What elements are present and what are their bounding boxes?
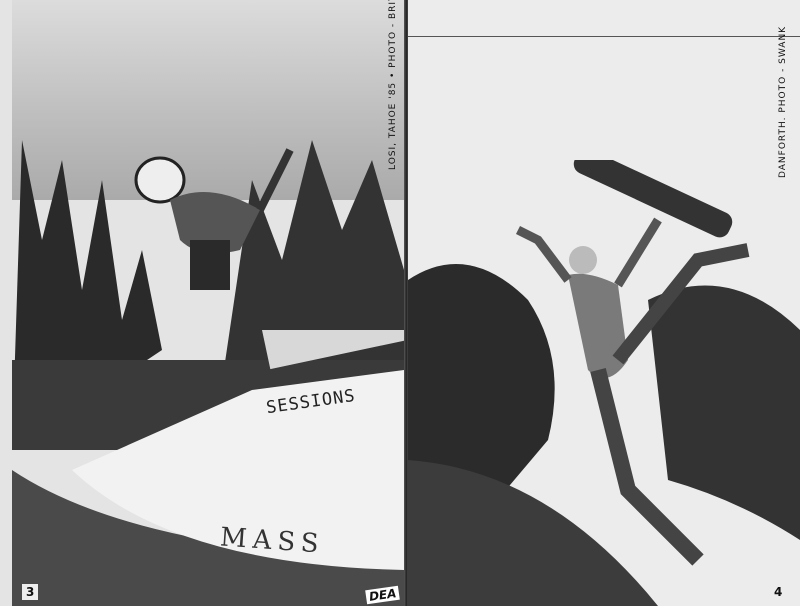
right-page: DANFORTH. PHOTO - SWANK 4 — [408, 0, 800, 606]
skater-figure — [468, 160, 788, 590]
page-number: 3 — [22, 584, 38, 600]
photo-caption: LOSI, TAHOE '85 • PHOTO - BRITAIN — [388, 0, 398, 170]
page-number: 4 — [770, 584, 786, 600]
top-rule — [408, 36, 800, 37]
left-page: SESSIONS MASS LOSI, TAHOE '85 • PHOTO - … — [0, 0, 406, 606]
photo-caption: DANFORTH. PHOTO - SWANK — [778, 26, 788, 178]
skater-figure — [120, 140, 300, 300]
halfpipe-ramp — [12, 330, 404, 606]
